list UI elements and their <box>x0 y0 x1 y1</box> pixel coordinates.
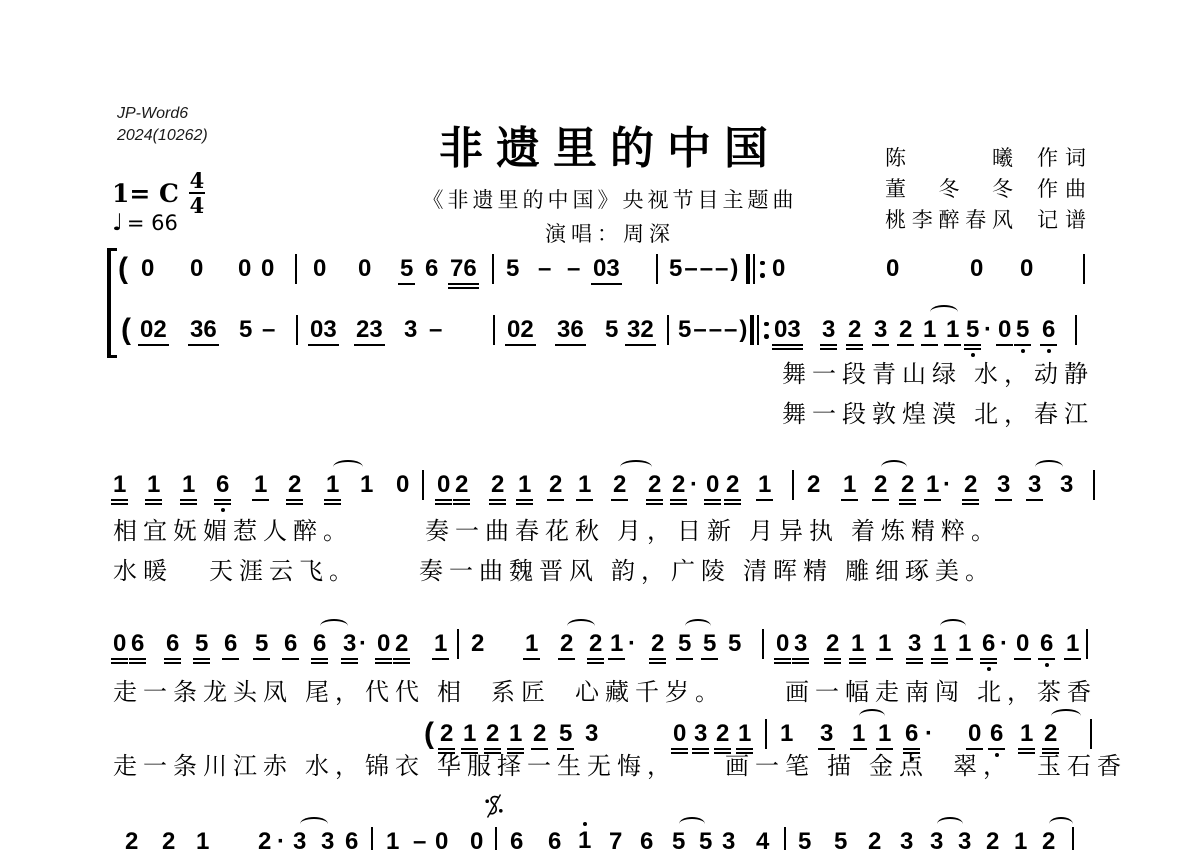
beam-underline <box>547 499 564 501</box>
beam-underline <box>772 344 803 346</box>
beam-underline <box>311 658 328 660</box>
beam-underline <box>774 658 791 660</box>
note-token: · <box>1000 632 1008 656</box>
tie-arc <box>1035 460 1063 474</box>
tie-arc <box>1049 817 1073 831</box>
beam-underline <box>193 662 210 664</box>
beam-underline <box>625 344 656 346</box>
note-token: 0 <box>968 722 981 750</box>
note-token: 5 <box>400 257 413 285</box>
note-token: 0 <box>776 632 789 664</box>
beam-underline <box>1014 658 1031 660</box>
beam-underline <box>872 499 889 501</box>
beam-underline <box>129 658 146 660</box>
note-token: 3 <box>404 318 417 342</box>
note-token: 1 <box>360 473 373 497</box>
beam-underline <box>964 348 981 350</box>
beam-underline <box>903 748 920 750</box>
score-area: (00000056765––035–––)0000(02365–03233–02… <box>0 0 1200 850</box>
note-token: 5 <box>798 830 811 850</box>
beam-underline <box>872 344 889 346</box>
beam-underline <box>899 503 916 505</box>
note-token: – <box>429 318 442 342</box>
note-token: 2 <box>589 632 602 664</box>
note-token: 03 <box>593 257 620 285</box>
note-token: 2 <box>455 473 468 505</box>
note-token: 1 <box>326 473 339 505</box>
note-token: 3 <box>794 632 807 664</box>
note-token: 1 <box>578 822 591 850</box>
beam-underline <box>846 348 863 350</box>
note-token: 3 <box>874 318 887 346</box>
note-token: 1 <box>958 632 971 660</box>
beam-underline <box>1018 748 1035 750</box>
beam-underline <box>253 658 270 660</box>
barline <box>371 827 373 850</box>
note-token: 5–––) <box>678 318 749 342</box>
beam-underline <box>701 658 718 660</box>
beam-underline <box>1026 499 1043 501</box>
beam-underline <box>670 499 687 501</box>
beam-underline <box>461 748 478 750</box>
beam-underline <box>129 662 146 664</box>
note-token: 4 <box>756 830 769 850</box>
beam-underline <box>646 499 663 501</box>
note-token: 6 <box>425 257 438 281</box>
beam-underline <box>931 662 948 664</box>
note-token: 1 <box>878 722 891 750</box>
beam-underline <box>453 503 470 505</box>
barline <box>765 719 767 749</box>
note-token: · <box>943 473 951 497</box>
beam-underline <box>897 344 914 346</box>
note-token: 6 <box>166 632 179 664</box>
beam-underline <box>111 662 128 664</box>
beam-underline <box>555 344 586 346</box>
note-token: 2 <box>716 722 729 754</box>
beam-underline <box>966 748 983 750</box>
note-token: 0 <box>113 632 126 664</box>
repeat-start-sign <box>750 315 769 345</box>
note-token: 03 <box>310 318 337 346</box>
beam-underline <box>956 658 973 660</box>
beam-underline <box>676 658 693 660</box>
beam-underline <box>849 662 866 664</box>
beam-underline <box>252 499 269 501</box>
beam-underline <box>964 344 981 346</box>
note-token: 6 <box>1040 632 1053 667</box>
note-token: 1 <box>851 632 864 664</box>
barline <box>656 254 658 284</box>
note-token: 1 <box>780 722 793 746</box>
beam-underline <box>324 503 341 505</box>
note-token: 2 <box>491 473 504 505</box>
note-token: 1 <box>386 830 399 850</box>
sheet-music-page: JP-Word6 2024(10262) 非遗里的中国 《非遗里的中国》央视节目… <box>0 0 1200 850</box>
lyric-line-5: 走一条龙头凤 尾，代代 相 系匠 心藏千岁。 画一幅走南闯 北，茶香 <box>113 680 1097 708</box>
beam-underline <box>438 748 455 750</box>
note-token: 3 <box>1060 473 1073 497</box>
note-token: 2 <box>964 473 977 505</box>
note-token: · <box>628 632 636 656</box>
note-token: 0 <box>1020 257 1033 281</box>
barline <box>792 470 794 500</box>
beam-underline <box>435 499 452 501</box>
note-token: 2 <box>899 318 912 346</box>
note-token: 0 <box>190 257 203 281</box>
note-token: 2 <box>549 473 562 501</box>
beam-underline <box>962 503 979 505</box>
note-token: 1 <box>610 632 623 660</box>
beam-underline <box>792 662 809 664</box>
tie-arc <box>1051 709 1081 723</box>
beam-underline <box>772 348 803 350</box>
note-token: 2 <box>125 830 138 850</box>
note-token: 6 <box>313 632 326 664</box>
beam-underline <box>921 344 938 346</box>
note-token: 03 <box>774 318 801 350</box>
beam-underline <box>286 499 303 501</box>
note-token: – <box>567 257 580 281</box>
note-token: 5 <box>559 722 572 750</box>
barline <box>1072 827 1074 850</box>
tie-arc <box>333 460 363 474</box>
barline <box>295 254 297 284</box>
beam-underline <box>138 344 169 346</box>
note-token: 6 <box>640 830 653 850</box>
note-token: 5 <box>834 830 847 850</box>
note-token: 1 <box>509 722 522 754</box>
beam-underline <box>846 344 863 346</box>
note-token: 3 <box>1028 473 1041 501</box>
note-token: 1 <box>525 632 538 660</box>
note-token: 2 <box>440 722 453 754</box>
beam-underline <box>724 503 741 505</box>
beam-underline <box>214 499 231 501</box>
octave-dot-low <box>1045 663 1049 667</box>
barline <box>492 254 494 284</box>
note-token: 3 <box>822 318 835 350</box>
octave-dot-high <box>583 822 587 826</box>
note-token: 0 <box>673 722 686 754</box>
note-token: 3 <box>293 830 306 850</box>
beam-underline <box>587 662 604 664</box>
beam-underline <box>792 658 809 660</box>
note-token: 3 <box>958 830 971 850</box>
beam-underline <box>164 662 181 664</box>
note-token: 1 <box>196 830 209 850</box>
note-token: 6 <box>1042 318 1055 353</box>
segno-sign <box>484 793 504 824</box>
note-token: 0 <box>377 632 390 664</box>
note-token: 2 <box>560 632 573 660</box>
note-token: 3 <box>585 722 598 746</box>
beam-underline <box>576 499 593 501</box>
note-token: 3 <box>343 632 356 664</box>
note-token: 1 <box>923 318 936 346</box>
beam-underline <box>724 499 741 501</box>
note-token: 5 <box>255 632 268 660</box>
beam-underline <box>145 499 162 501</box>
beam-underline <box>557 748 574 750</box>
beam-underline <box>111 658 128 660</box>
beam-underline <box>944 344 961 346</box>
note-token: 2 <box>395 632 408 664</box>
beam-underline <box>435 503 452 505</box>
note-token: · <box>277 830 285 850</box>
beam-underline <box>962 499 979 501</box>
note-token: 6 <box>224 632 237 660</box>
beam-underline <box>324 499 341 501</box>
note-token: 2 <box>986 830 999 850</box>
note-token: 1 <box>434 632 447 660</box>
beam-underline <box>523 658 540 660</box>
note-token: 5–––) <box>669 257 740 281</box>
note-token: 6 <box>990 722 1003 757</box>
note-token: 6 <box>216 473 229 512</box>
note-token: 5 <box>605 318 618 342</box>
note-token: 1 <box>878 632 891 660</box>
beam-underline <box>649 662 666 664</box>
octave-dot-low <box>987 667 991 671</box>
note-token: 1 <box>933 632 946 664</box>
beam-underline <box>980 658 997 660</box>
beam-underline <box>818 748 835 750</box>
note-token: 0 <box>396 473 409 497</box>
note-token: 7 <box>609 830 622 850</box>
beam-underline <box>820 344 837 346</box>
octave-dot-low <box>221 508 225 512</box>
beam-underline <box>193 658 210 660</box>
note-token: 02 <box>140 318 167 346</box>
note-token: 32 <box>627 318 654 346</box>
note-token: 2 <box>848 318 861 350</box>
note-token: 0 <box>970 257 983 281</box>
note-token: 2 <box>648 473 661 505</box>
note-token: 6 <box>131 632 144 664</box>
note-token: 2 <box>1042 830 1055 850</box>
note-token: 2 <box>533 722 546 750</box>
beam-underline <box>736 748 753 750</box>
lyric-line-6: 走一条川江赤 水，锦衣 华服择一生无悔， 画一笔 描 金点 翠， 玉石香 <box>113 754 1127 782</box>
barline <box>495 827 497 850</box>
beam-underline <box>180 503 197 505</box>
beam-underline <box>354 344 385 346</box>
beam-underline <box>516 499 533 501</box>
beam-underline <box>505 344 536 346</box>
note-token: 0 <box>772 257 785 281</box>
note-token: 2 <box>651 632 664 664</box>
note-token: 2 <box>471 632 484 656</box>
note-token: 0 <box>261 257 274 281</box>
beam-underline <box>906 662 923 664</box>
beam-underline <box>692 748 709 750</box>
barline <box>1093 470 1095 500</box>
beam-underline <box>849 658 866 660</box>
octave-dot-low <box>971 353 975 357</box>
beam-underline <box>393 662 410 664</box>
note-token: 23 <box>356 318 383 346</box>
note-token: 1 <box>1066 632 1079 660</box>
segno-icon <box>484 793 504 819</box>
barline <box>1075 315 1077 345</box>
beam-underline <box>484 748 501 750</box>
note-token: 5 <box>195 632 208 664</box>
note-token: 1 <box>518 473 531 505</box>
note-token: 1 <box>926 473 939 501</box>
barline <box>784 827 786 850</box>
note-token: ( <box>121 315 131 345</box>
beam-underline <box>516 503 533 505</box>
note-token: 1 <box>113 473 126 505</box>
note-token: ( <box>424 719 434 749</box>
beam-underline <box>876 748 893 750</box>
beam-underline <box>649 658 666 660</box>
note-token: 3 <box>722 830 735 850</box>
note-token: 1 <box>1020 722 1033 754</box>
note-token: 1 <box>852 722 865 750</box>
note-token: 2 <box>672 473 685 505</box>
beam-underline <box>931 658 948 660</box>
beam-underline <box>1014 344 1031 346</box>
note-token: 0 <box>238 257 251 281</box>
note-token: 2 <box>486 722 499 754</box>
beam-underline <box>286 503 303 505</box>
octave-dot-low <box>1021 349 1025 353</box>
beam-underline <box>375 658 392 660</box>
beam-underline <box>714 748 731 750</box>
note-token: 5 <box>506 257 519 281</box>
note-token: ( <box>118 254 128 284</box>
beam-underline <box>311 662 328 664</box>
barline <box>296 315 298 345</box>
note-token: · <box>690 473 698 497</box>
note-token: 2 <box>1044 722 1057 754</box>
note-token: 3 <box>820 722 833 750</box>
note-token: 2 <box>901 473 914 505</box>
note-token: 0 <box>706 473 719 505</box>
repeat-start-sign <box>746 254 765 284</box>
note-token: 3 <box>900 830 913 850</box>
beam-underline <box>1040 344 1057 346</box>
beam-underline <box>393 658 410 660</box>
beam-underline <box>608 658 625 660</box>
lyric-line-4: 水暖 天涯云飞。 奏一曲魏晋风 韵，广陵 清晖精 雕细琢美。 <box>113 559 995 587</box>
note-token: 2 <box>874 473 887 501</box>
beam-underline <box>704 503 721 505</box>
beam-underline <box>145 503 162 505</box>
beam-underline <box>876 658 893 660</box>
note-token: 0 <box>141 257 154 281</box>
note-token: 1 <box>843 473 856 501</box>
note-token: 2 <box>162 830 175 850</box>
beam-underline <box>591 283 622 285</box>
lyric-line-2: 舞一段敦煌漠 北，春江 <box>782 402 1094 430</box>
note-token: 0 <box>886 257 899 281</box>
beam-underline <box>448 283 479 285</box>
note-token: · <box>925 722 933 746</box>
beam-underline <box>453 499 470 501</box>
note-token: 5 <box>699 830 712 850</box>
note-token: 2 <box>726 473 739 505</box>
beam-underline <box>995 499 1012 501</box>
note-token: 2 <box>258 830 271 850</box>
barline <box>1090 719 1092 749</box>
note-token: 6 <box>548 830 561 850</box>
note-token: 2 <box>613 473 626 501</box>
beam-underline <box>820 348 837 350</box>
beam-underline <box>824 658 841 660</box>
note-token: 1 <box>758 473 771 501</box>
note-token: 5 <box>678 632 691 660</box>
barline <box>1086 629 1088 659</box>
beam-underline <box>489 503 506 505</box>
beam-underline <box>850 748 867 750</box>
beam-underline <box>587 658 604 660</box>
note-token: 1 <box>578 473 591 501</box>
beam-underline <box>507 748 524 750</box>
note-token: 2 <box>868 830 881 850</box>
note-token: 5 <box>239 318 252 342</box>
beam-underline <box>924 499 941 501</box>
beam-underline <box>531 748 548 750</box>
note-token: 3 <box>321 830 334 850</box>
beam-underline <box>180 499 197 501</box>
beam-underline <box>1064 658 1081 660</box>
note-token: – <box>413 830 426 850</box>
note-token: 6 <box>982 632 995 671</box>
beam-underline <box>841 499 858 501</box>
note-token: 2 <box>826 632 839 664</box>
beam-underline <box>899 499 916 501</box>
note-token: 3 <box>908 632 921 664</box>
beam-underline <box>996 344 1013 346</box>
note-token: · <box>984 318 992 342</box>
lyric-line-3: 相宜妩媚惹人醉。 奏一曲春花秋 月，日新 月异执 着炼精粹。 <box>113 519 1001 547</box>
note-token: 3 <box>930 830 943 850</box>
beam-underline <box>111 499 128 501</box>
beam-underline <box>341 662 358 664</box>
barline <box>1083 254 1085 284</box>
beam-underline <box>375 662 392 664</box>
note-token: 3 <box>997 473 1010 501</box>
note-token: 76 <box>450 257 477 289</box>
beam-underline <box>906 658 923 660</box>
beam-underline <box>188 344 219 346</box>
note-token: 02 <box>507 318 534 346</box>
beam-underline <box>988 748 1005 750</box>
beam-underline <box>824 662 841 664</box>
barline <box>762 629 764 659</box>
note-token: 1 <box>738 722 751 754</box>
note-token: 5 <box>703 632 716 660</box>
note-token: 6 <box>345 830 358 850</box>
barline <box>667 315 669 345</box>
beam-underline <box>1038 658 1055 660</box>
beam-underline <box>704 499 721 501</box>
note-token: 5 <box>966 318 979 357</box>
beam-underline <box>222 658 239 660</box>
note-token: 2 <box>807 473 820 497</box>
note-token: 1 <box>1014 830 1027 850</box>
note-token: – <box>538 257 551 281</box>
beam-underline <box>398 283 415 285</box>
barline <box>422 470 424 500</box>
note-token: – <box>262 318 275 342</box>
note-token: 0 <box>998 318 1011 346</box>
beam-underline <box>214 503 231 505</box>
beam-underline <box>646 503 663 505</box>
